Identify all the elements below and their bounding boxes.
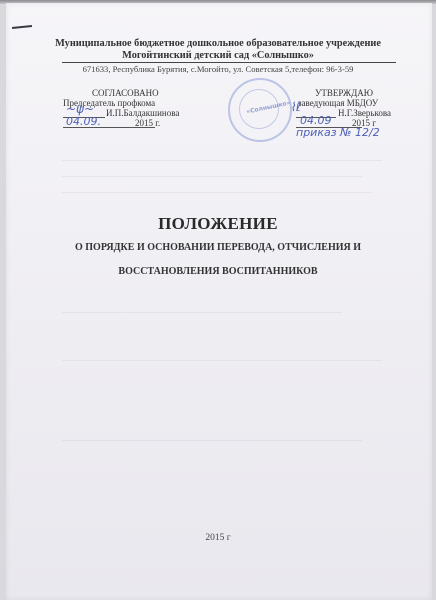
signature-right: ⌇ℓ (290, 100, 301, 114)
organization-subname: Могойтинский детский сад «Солнышко» (0, 50, 436, 61)
bleed-through-line (62, 176, 362, 177)
document-title: ПОЛОЖЕНИЕ (0, 214, 436, 234)
document-subtitle-line2: ВОССТАНОВЛЕНИЯ ВОСПИТАННИКОВ (0, 266, 436, 277)
approved-position: заведующая МБДОУ (298, 98, 378, 108)
agreed-year: 2015 г. (135, 118, 160, 128)
approved-heading: УТВЕРЖДАЮ (315, 88, 373, 98)
organization-address: 671633, Республика Бурятия, с.Могойто, у… (0, 64, 436, 74)
bleed-through-line (62, 192, 372, 193)
footer-year: 2015 г (0, 533, 436, 543)
agreed-name: И.П.Балдакшинова (106, 108, 179, 118)
handwritten-order-number: приказ № 12/2 (296, 126, 380, 139)
organization-name: Муниципальное бюджетное дошкольное образ… (0, 38, 436, 49)
bleed-through-line (62, 360, 382, 361)
document-subtitle-line1: О ПОРЯДКЕ И ОСНОВАНИИ ПЕРЕВОДА, ОТЧИСЛЕН… (0, 242, 436, 253)
approved-name: Н.Г.Зверькова (338, 108, 391, 118)
agreed-heading: СОГЛАСОВАНО (92, 88, 159, 98)
bleed-through-line (62, 440, 362, 441)
signature-left: ~ψ~ (66, 102, 94, 116)
header-rule (62, 62, 396, 63)
bleed-through-line (62, 312, 342, 313)
bleed-through-line (62, 160, 382, 161)
